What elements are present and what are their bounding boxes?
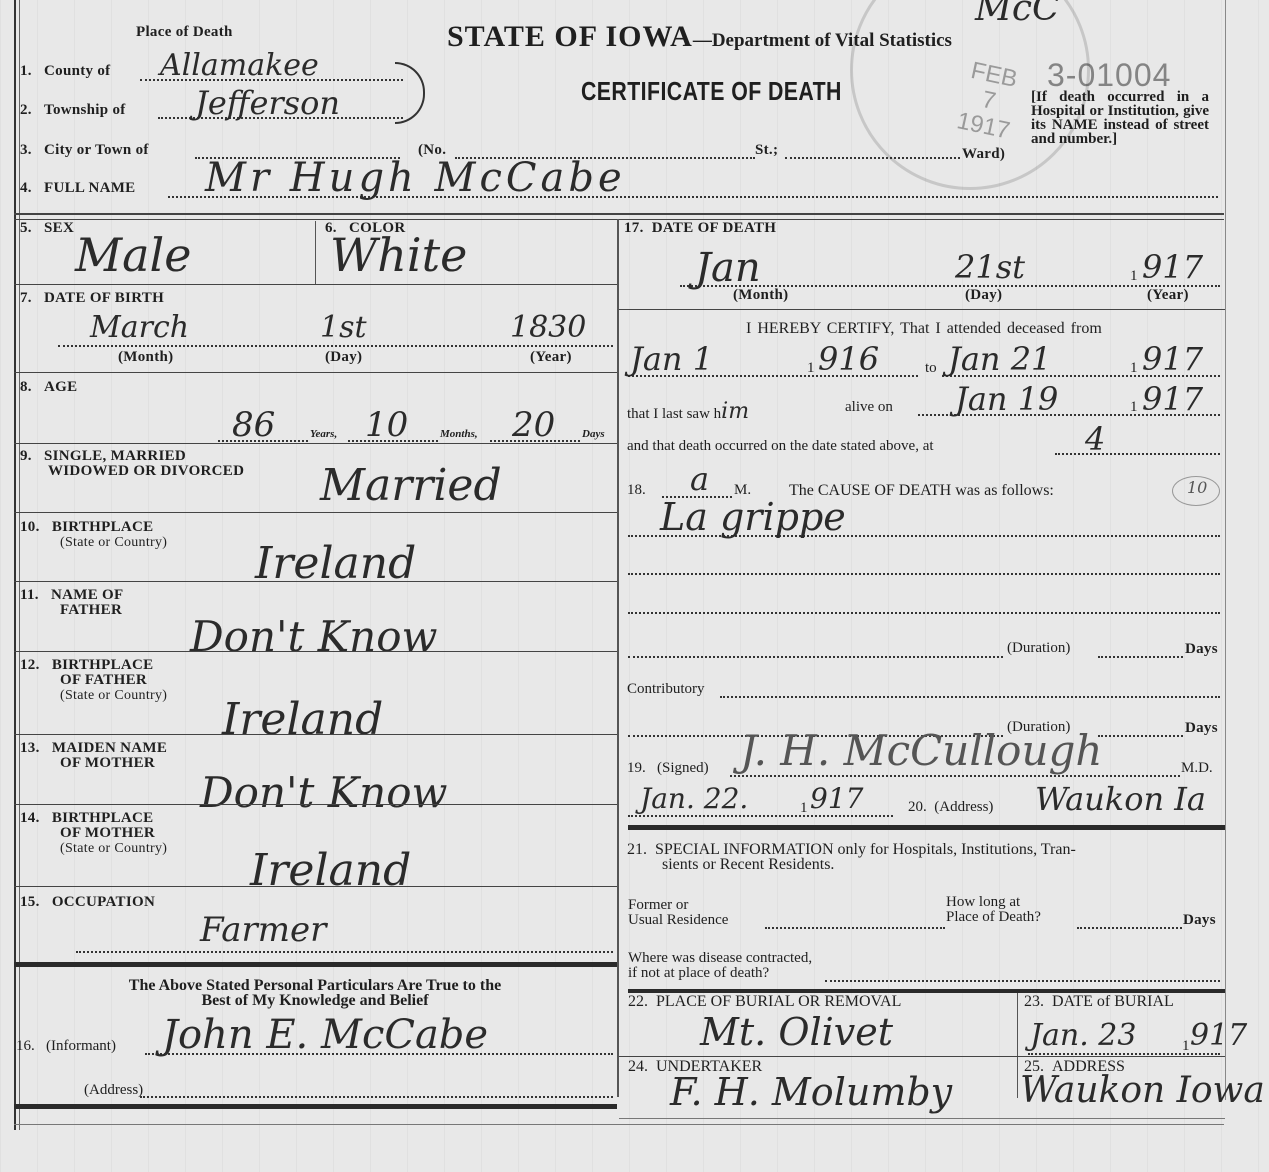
cause-days-line bbox=[1098, 656, 1183, 658]
signed-value[interactable]: J. H. McCullough bbox=[740, 726, 1102, 775]
cause-duration-label: (Duration) bbox=[1007, 640, 1070, 657]
age-label: 8. AGE bbox=[20, 379, 77, 396]
signed-century: 1 bbox=[800, 800, 808, 817]
attended-to-year[interactable]: 917 bbox=[1142, 340, 1203, 378]
cause-code: 10 bbox=[1187, 478, 1207, 497]
informant-address-label: (Address) bbox=[84, 1082, 143, 1099]
disease-contracted-label: Where was disease contracted, if not at … bbox=[628, 951, 812, 981]
bracket bbox=[395, 62, 425, 124]
father-name-value[interactable]: Don't Know bbox=[190, 612, 437, 661]
dod-month[interactable]: Jan bbox=[695, 245, 761, 291]
signed-date-line bbox=[628, 815, 893, 817]
how-long-days-label: Days bbox=[1183, 912, 1216, 929]
attended-from-century: 1 bbox=[807, 360, 815, 377]
cause-days-label: Days bbox=[1185, 641, 1218, 658]
signed-year[interactable]: 917 bbox=[810, 782, 863, 815]
informant-label: 16. (Informant) bbox=[16, 1038, 116, 1055]
former-residence-label: Former or Usual Residence bbox=[628, 898, 728, 928]
age-days-label: Days bbox=[582, 428, 605, 440]
street-label: St.; bbox=[755, 142, 778, 159]
signed-label: 19. (Signed) bbox=[627, 760, 709, 777]
divider-10 bbox=[14, 581, 617, 582]
county-label: 1. County of bbox=[20, 63, 110, 80]
burial-place-value[interactable]: Mt. Olivet bbox=[700, 1010, 893, 1054]
age-years[interactable]: 86 bbox=[232, 405, 275, 445]
cause-num: 18. bbox=[627, 482, 646, 499]
sex-label: 5. SEX bbox=[20, 220, 74, 237]
divider-11 bbox=[14, 651, 617, 652]
dod-day-label: (Day) bbox=[965, 287, 1002, 304]
divider-12 bbox=[14, 734, 617, 735]
top-signature: McC bbox=[975, 0, 1060, 29]
signed-line bbox=[730, 775, 1180, 777]
burial-date-line bbox=[1028, 1053, 1220, 1055]
attended-from-date[interactable]: Jan 1 bbox=[630, 340, 713, 378]
dod-day[interactable]: 21st bbox=[955, 248, 1025, 286]
cause-line-3 bbox=[628, 612, 1220, 614]
former-residence-line bbox=[765, 927, 945, 929]
dod-century: 1 bbox=[1130, 268, 1138, 285]
attended-to-century: 1 bbox=[1130, 360, 1138, 377]
last-saw-year[interactable]: 917 bbox=[1142, 380, 1203, 418]
left-border bbox=[14, 0, 20, 1130]
death-certificate: FEB 7 1917 McC Place of Death STATE OF I… bbox=[0, 0, 1269, 1172]
contributory-label: Contributory bbox=[627, 681, 705, 698]
cause-line-2 bbox=[628, 573, 1220, 575]
disease-contracted-line bbox=[825, 980, 1220, 982]
dod-year-label: (Year) bbox=[1147, 287, 1189, 304]
last-saw-label: that I last saw him bbox=[627, 399, 749, 424]
informant-statement: The Above Stated Personal Particulars Ar… bbox=[20, 978, 610, 1008]
divider-14 bbox=[14, 886, 617, 887]
informant-divider-top bbox=[14, 962, 617, 967]
last-saw-date[interactable]: Jan 19 bbox=[955, 380, 1058, 418]
to-label: to bbox=[925, 360, 937, 377]
header-divider bbox=[14, 213, 1224, 215]
physician-divider bbox=[628, 825, 1225, 830]
mother-name-label: 13. MAIDEN NAME OF MOTHER bbox=[20, 741, 167, 771]
attended-to-date[interactable]: Jan 21 bbox=[948, 340, 1051, 378]
age-years-label: Years, bbox=[310, 428, 337, 440]
page-bottom-line bbox=[14, 1124, 1224, 1125]
township-label: 2. Township of bbox=[20, 102, 126, 119]
dob-line bbox=[58, 345, 613, 347]
burial-date-label: 23. DATE of BURIAL bbox=[1024, 993, 1174, 1011]
burial-year[interactable]: 917 bbox=[1190, 1018, 1247, 1053]
column-divider bbox=[617, 219, 619, 1097]
header-divider-2 bbox=[14, 219, 1224, 220]
special-info-label: 21. SPECIAL INFORMATION only for Hospita… bbox=[627, 842, 1076, 872]
age-months[interactable]: 10 bbox=[365, 405, 408, 445]
birthplace-label: 10. BIRTHPLACE (State or Country) bbox=[20, 519, 167, 551]
how-long-line bbox=[1077, 927, 1182, 929]
divider-13 bbox=[14, 804, 617, 805]
death-time-line bbox=[1055, 453, 1220, 455]
occupation-value[interactable]: Farmer bbox=[200, 910, 326, 950]
age-days[interactable]: 20 bbox=[512, 405, 555, 445]
county-value[interactable]: Allamakee bbox=[160, 48, 319, 83]
divider-17 bbox=[619, 309, 1225, 310]
burial-date-value[interactable]: Jan. 23 bbox=[1030, 1018, 1136, 1053]
hospital-note: [If death occurred in a Hospital or Inst… bbox=[1031, 90, 1209, 146]
dob-label: 7. DATE OF BIRTH bbox=[20, 290, 164, 307]
death-time-value[interactable]: 4 bbox=[1085, 420, 1105, 458]
dob-year-label: (Year) bbox=[530, 349, 572, 366]
divider-5 bbox=[14, 284, 617, 285]
city-label: 3. City or Town of bbox=[20, 142, 149, 159]
mother-birthplace-value[interactable]: Ireland bbox=[250, 845, 411, 896]
father-birthplace-label: 12. BIRTHPLACE OF FATHER (State or Count… bbox=[20, 658, 167, 703]
contributory-line bbox=[720, 696, 1220, 698]
state-title: STATE OF IOWA—Department of Vital Statis… bbox=[447, 20, 952, 54]
mother-birthplace-label: 14. BIRTHPLACE OF MOTHER (State or Count… bbox=[20, 811, 167, 856]
township-value[interactable]: Jefferson bbox=[195, 84, 340, 122]
occupation-label: 15. OCCUPATION bbox=[20, 894, 155, 911]
informant-value[interactable]: John E. McCabe bbox=[162, 1012, 488, 1058]
occupation-line bbox=[76, 951, 613, 953]
divider-23 bbox=[619, 1056, 1225, 1057]
marital-label: 9. SINGLE, MARRIED WIDOWED OR DIVORCED bbox=[20, 449, 244, 479]
ward-label: Ward) bbox=[962, 146, 1005, 163]
cause-value[interactable]: La grippe bbox=[660, 495, 846, 539]
undertaker-address-value[interactable]: Waukon Iowa bbox=[1020, 1070, 1265, 1111]
meridiem-value[interactable]: a bbox=[690, 460, 709, 498]
street-line bbox=[785, 157, 960, 159]
death-time-label: and that death occurred on the date stat… bbox=[627, 438, 934, 455]
father-birthplace-value[interactable]: Ireland bbox=[222, 694, 383, 745]
divider-9 bbox=[14, 512, 617, 513]
physician-address-label: 20. (Address) bbox=[908, 799, 993, 816]
last-saw-century: 1 bbox=[1130, 399, 1138, 416]
divider-7 bbox=[14, 372, 617, 373]
md-label: M.D. bbox=[1181, 760, 1213, 777]
place-of-death-heading: Place of Death bbox=[136, 24, 233, 41]
certify-text: I HEREBY CERTIFY, That I attended deceas… bbox=[746, 320, 1102, 338]
cause-duration-line bbox=[628, 656, 1003, 658]
color-value[interactable]: White bbox=[330, 228, 467, 282]
dob-day-label: (Day) bbox=[325, 349, 362, 366]
state-name: STATE OF IOWA bbox=[447, 20, 693, 53]
sex-value[interactable]: Male bbox=[75, 228, 191, 282]
attended-from-year[interactable]: 916 bbox=[818, 340, 879, 378]
full-name-value[interactable]: Mr Hugh McCabe bbox=[205, 155, 626, 201]
alive-on-label: alive on bbox=[845, 399, 893, 416]
dob-month[interactable]: March bbox=[90, 310, 189, 345]
physician-address-value[interactable]: Waukon Ia bbox=[1035, 780, 1206, 818]
page-bottom-right bbox=[619, 1118, 1225, 1119]
burial-century: 1 bbox=[1182, 1038, 1190, 1055]
dob-day[interactable]: 1st bbox=[320, 310, 367, 345]
divider-8 bbox=[14, 443, 617, 444]
undertaker-value[interactable]: F. H. Molumby bbox=[670, 1070, 952, 1114]
informant-address-line bbox=[140, 1096, 613, 1098]
department-name: —Department of Vital Statistics bbox=[693, 30, 952, 51]
dob-month-label: (Month) bbox=[118, 349, 173, 366]
how-long-label: How long at Place of Death? bbox=[946, 895, 1041, 925]
dod-year[interactable]: 917 bbox=[1142, 248, 1203, 286]
dod-label: 17. DATE OF DEATH bbox=[624, 220, 776, 237]
sex-color-divider bbox=[315, 221, 316, 285]
dod-month-label: (Month) bbox=[733, 287, 788, 304]
last-saw-pronoun[interactable]: im bbox=[721, 399, 749, 424]
marital-value[interactable]: Married bbox=[320, 460, 502, 511]
informant-divider-bottom bbox=[14, 1104, 617, 1109]
contributory-days-label: Days bbox=[1185, 720, 1218, 737]
burial-place-label: 22. PLACE OF BURIAL OR REMOVAL bbox=[628, 993, 901, 1011]
contributory-days-line bbox=[1098, 735, 1183, 737]
signed-date[interactable]: Jan. 22. bbox=[640, 782, 748, 815]
right-border bbox=[1225, 0, 1226, 1100]
dob-year[interactable]: 1830 bbox=[510, 310, 586, 345]
father-name-label: 11. NAME OF FATHER bbox=[20, 588, 124, 618]
burial-divider-vertical bbox=[1017, 993, 1018, 1098]
age-months-label: Months, bbox=[440, 428, 478, 440]
mother-name-value[interactable]: Don't Know bbox=[200, 768, 447, 817]
certificate-title: CERTIFICATE OF DEATH bbox=[581, 76, 842, 107]
full-name-label: 4. FULL NAME bbox=[20, 180, 135, 197]
